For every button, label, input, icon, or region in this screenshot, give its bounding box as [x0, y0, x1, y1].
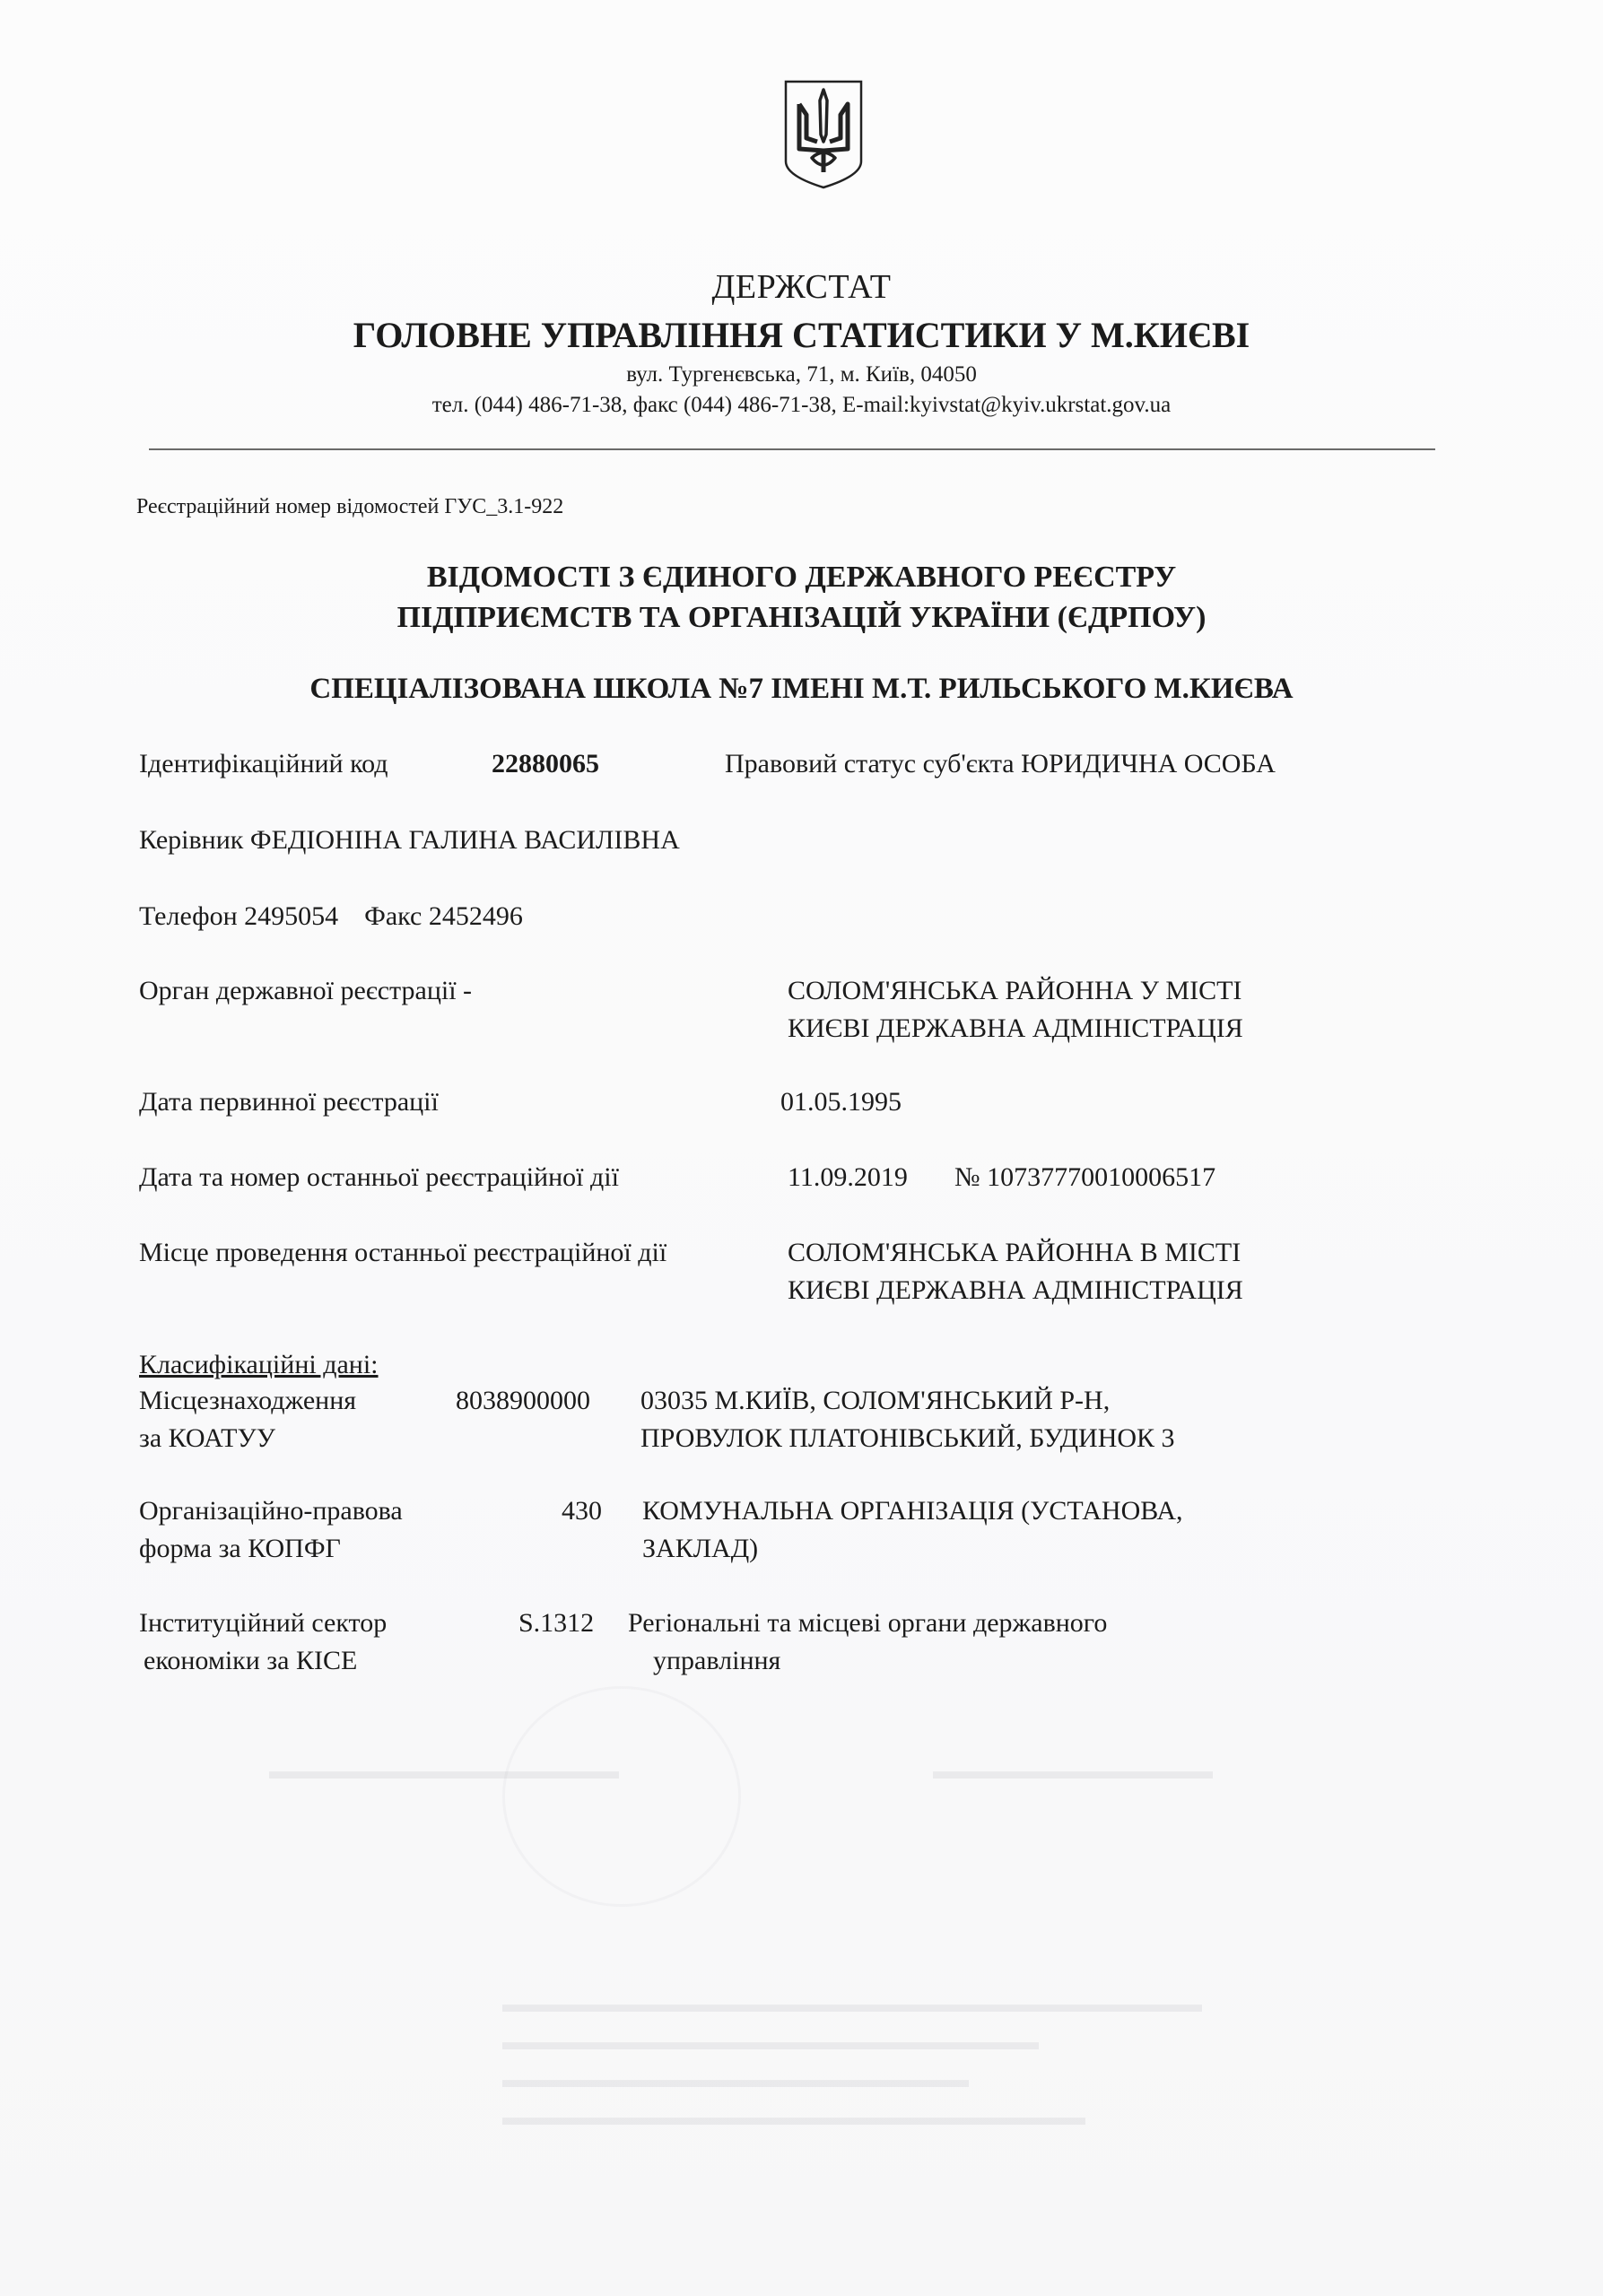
- classification-label-kise-2: економіки за КІСЕ: [144, 1646, 357, 1676]
- document-page: ▬▬▬▬▬▬▬▬▬▬▬▬ ▬▬▬▬▬▬▬▬▬▬▬▬▬▬▬ ▬▬▬▬▬▬▬▬▬▬▬…: [0, 0, 1603, 2296]
- classification-heading: Класифікаційні дані:: [139, 1350, 379, 1380]
- bleed-through-text: ▬▬▬▬▬▬▬▬▬▬▬▬▬▬▬▬▬▬▬▬: [502, 2066, 969, 2093]
- head-label: Керівник: [139, 825, 243, 855]
- classification-code-koatuu: 8038900000: [456, 1386, 590, 1416]
- first-reg-date-label: Дата первинної реєстрації: [139, 1087, 439, 1118]
- document-title-line1: ВІДОМОСТІ З ЄДИНОГО ДЕРЖАВНОГО РЕЄСТРУ: [0, 561, 1603, 595]
- phone-label: Телефон: [139, 901, 238, 931]
- department-contacts: тел. (044) 486-71-38, факс (044) 486-71-…: [0, 393, 1603, 418]
- last-reg-place-label: Місце проведення останньої реєстраційної…: [139, 1238, 666, 1268]
- bleed-through-stamp: [502, 1686, 741, 1907]
- id-code-label: Ідентифікаційний код: [139, 749, 388, 779]
- department-address: вул. Тургенєвська, 71, м. Київ, 04050: [0, 362, 1603, 387]
- header-divider: [149, 448, 1435, 450]
- trident-coat-of-arms-icon: [783, 79, 864, 190]
- id-code-value: 22880065: [492, 749, 599, 779]
- classification-label-koatuu-2: за КОАТУУ: [139, 1423, 275, 1454]
- bleed-through-text: ▬▬▬▬▬▬▬▬▬▬▬▬: [933, 1758, 1213, 1785]
- reg-authority-label: Орган державної реєстрації -: [139, 976, 472, 1006]
- classification-value-koatuu-1: 03035 М.КИЇВ, СОЛОМ'ЯНСЬКИЙ Р-Н,: [640, 1386, 1110, 1416]
- classification-label-koatuu-1: Місцезнаходження: [139, 1386, 356, 1416]
- head-row: Керівник ФЕДІОНІНА ГАЛИНА ВАСИЛІВНА: [139, 825, 680, 856]
- last-reg-place-line1: СОЛОМ'ЯНСЬКА РАЙОННА В МІСТІ: [788, 1238, 1241, 1268]
- last-reg-place-line2: КИЄВІ ДЕРЖАВНА АДМІНІСТРАЦІЯ: [788, 1275, 1243, 1306]
- legal-status-label: Правовий статус суб'єкта: [725, 749, 1015, 778]
- classification-value-kopfg-1: КОМУНАЛЬНА ОРГАНІЗАЦІЯ (УСТАНОВА,: [642, 1496, 1183, 1526]
- department-name: ГОЛОВНЕ УПРАВЛІННЯ СТАТИСТИКИ У М.КИЄВІ: [0, 314, 1603, 356]
- fax-label: Факс: [364, 901, 422, 931]
- classification-value-kise-2: управління: [653, 1646, 780, 1676]
- first-reg-date-value: 01.05.1995: [780, 1087, 902, 1118]
- organization-name: СПЕЦІАЛІЗОВАНА ШКОЛА №7 ІМЕНІ М.Т. РИЛЬС…: [0, 673, 1603, 706]
- classification-value-kopfg-2: ЗАКЛАД): [642, 1534, 758, 1564]
- agency-name: ДЕРЖСТАТ: [0, 267, 1603, 307]
- classification-value-koatuu-2: ПРОВУЛОК ПЛАТОНІВСЬКИЙ, БУДИНОК 3: [640, 1423, 1175, 1454]
- classification-label-kise-1: Інституційний сектор: [139, 1608, 387, 1639]
- legal-status-value: ЮРИДИЧНА ОСОБА: [1021, 749, 1276, 778]
- bleed-through-text: ▬▬▬▬▬▬▬▬▬▬▬▬▬▬▬▬▬▬▬▬▬▬▬▬▬▬▬▬▬▬: [502, 1991, 1202, 2018]
- legal-status: Правовий статус суб'єкта ЮРИДИЧНА ОСОБА: [725, 749, 1276, 779]
- reg-authority-line1: СОЛОМ'ЯНСЬКА РАЙОННА У МІСТІ: [788, 976, 1241, 1006]
- fax-value: 2452496: [429, 901, 523, 931]
- head-value: ФЕДІОНІНА ГАЛИНА ВАСИЛІВНА: [250, 825, 680, 855]
- classification-code-kise: S.1312: [518, 1608, 594, 1639]
- registration-number: Реєстраційний номер відомостей ГУС_3.1-9…: [136, 495, 563, 519]
- classification-code-kopfg: 430: [562, 1496, 602, 1526]
- bleed-through-text: ▬▬▬▬▬▬▬▬▬▬▬▬▬▬▬▬▬▬▬▬▬▬▬: [502, 2029, 1039, 2056]
- bleed-through-text: ▬▬▬▬▬▬▬▬▬▬▬▬▬▬▬▬▬▬▬▬▬▬▬▬▬: [502, 2104, 1085, 2131]
- classification-label-kopfg-1: Організаційно-правова: [139, 1496, 403, 1526]
- document-title-line2: ПІДПРИЄМСТВ ТА ОРГАНІЗАЦІЙ УКРАЇНИ (ЄДРП…: [0, 601, 1603, 635]
- bleed-through-text: ▬▬▬▬▬▬▬▬▬▬▬▬▬▬▬: [269, 1758, 619, 1785]
- last-reg-action-date: 11.09.2019: [788, 1162, 908, 1193]
- classification-label-kopfg-2: форма за КОПФГ: [139, 1534, 341, 1564]
- reg-authority-line2: КИЄВІ ДЕРЖАВНА АДМІНІСТРАЦІЯ: [788, 1013, 1243, 1044]
- last-reg-action-label: Дата та номер останньої реєстраційної ді…: [139, 1162, 619, 1193]
- last-reg-action-number: № 10737770010006517: [954, 1162, 1215, 1193]
- classification-value-kise-1: Регіональні та місцеві органи державного: [628, 1608, 1107, 1639]
- phone-row: Телефон 2495054 Факс 2452496: [139, 901, 523, 932]
- phone-value: 2495054: [244, 901, 338, 931]
